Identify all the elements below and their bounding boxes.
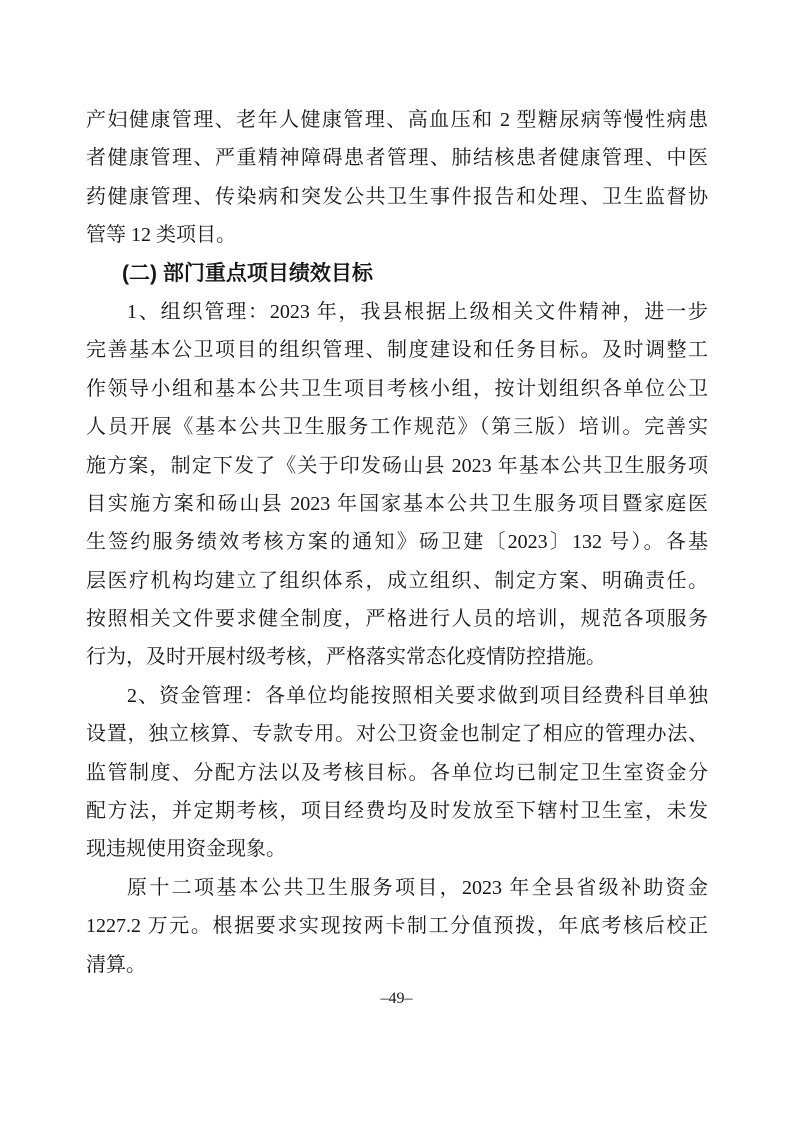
text-line: 层医疗机构均建立了组织体系，成立组织、制定方案、明确责任。 xyxy=(86,562,708,600)
page-body: 产妇健康管理、老年人健康管理、高血压和 2 型糖尿病等慢性病患 者健康管理、严重… xyxy=(86,101,708,984)
paragraph-services-list: 产妇健康管理、老年人健康管理、高血压和 2 型糖尿病等慢性病患 者健康管理、严重… xyxy=(86,101,708,255)
text-line: 配方法，并定期考核，项目经费均及时发放至下辖村卫生室，未发 xyxy=(86,792,708,830)
text-line: 药健康管理、传染病和突发公共卫生事件报告和处理、卫生监督协 xyxy=(86,178,708,216)
text-line: 原十二项基本公共卫生服务项目，2023 年全县省级补助资金 xyxy=(86,869,708,907)
paragraph-subsidy-funds: 原十二项基本公共卫生服务项目，2023 年全县省级补助资金 1227.2 万元。… xyxy=(86,869,708,984)
text-line: 人员开展《基本公共卫生服务工作规范》（第三版）培训。完善实 xyxy=(86,408,708,446)
text-line: 完善基本公卫项目的组织管理、制度建设和任务目标。及时调整工 xyxy=(86,331,708,369)
text-line: 现违规使用资金现象。 xyxy=(86,830,708,868)
text-line: 清算。 xyxy=(86,946,708,984)
text-line: 2、资金管理：各单位均能按照相关要求做到项目经费科目单独 xyxy=(86,677,708,715)
text-line: 行为，及时开展村级考核，严格落实常态化疫情防控措施。 xyxy=(86,638,708,676)
text-line: 1227.2 万元。根据要求实现按两卡制工分值预拨，年底考核后校正 xyxy=(86,907,708,945)
document-page: 产妇健康管理、老年人健康管理、高血压和 2 型糖尿病等慢性病患 者健康管理、严重… xyxy=(0,0,793,1122)
text-line: 产妇健康管理、老年人健康管理、高血压和 2 型糖尿病等慢性病患 xyxy=(86,101,708,139)
text-line: 按照相关文件要求健全制度，严格进行人员的培训，规范各项服务 xyxy=(86,600,708,638)
paragraph-organization-management: 1、组织管理：2023 年，我县根据上级相关文件精神，进一步 完善基本公卫项目的… xyxy=(86,293,708,677)
text-line: 目实施方案和砀山县 2023 年国家基本公共卫生服务项目暨家庭医 xyxy=(86,485,708,523)
text-line: 1、组织管理：2023 年，我县根据上级相关文件精神，进一步 xyxy=(86,293,708,331)
text-line: 施方案，制定下发了《关于印发砀山县 2023 年基本公共卫生服务项 xyxy=(86,447,708,485)
text-line: 作领导小组和基本公共卫生项目考核小组，按计划组织各单位公卫 xyxy=(86,370,708,408)
page-number: –49– xyxy=(0,990,793,1008)
text-line: 监管制度、分配方法以及考核目标。各单位均已制定卫生室资金分 xyxy=(86,754,708,792)
text-line: 管等 12 类项目。 xyxy=(86,216,708,254)
paragraph-funding-management: 2、资金管理：各单位均能按照相关要求做到项目经费科目单独 设置，独立核算、专款专… xyxy=(86,677,708,869)
text-line: 设置，独立核算、专款专用。对公卫资金也制定了相应的管理办法、 xyxy=(86,715,708,753)
text-line: 者健康管理、严重精神障碍患者管理、肺结核患者健康管理、中医 xyxy=(86,139,708,177)
text-line: 生签约服务绩效考核方案的通知》砀卫建〔2023〕132 号）。各基 xyxy=(86,523,708,561)
section-heading: (二) 部门重点项目绩效目标 xyxy=(86,255,708,293)
